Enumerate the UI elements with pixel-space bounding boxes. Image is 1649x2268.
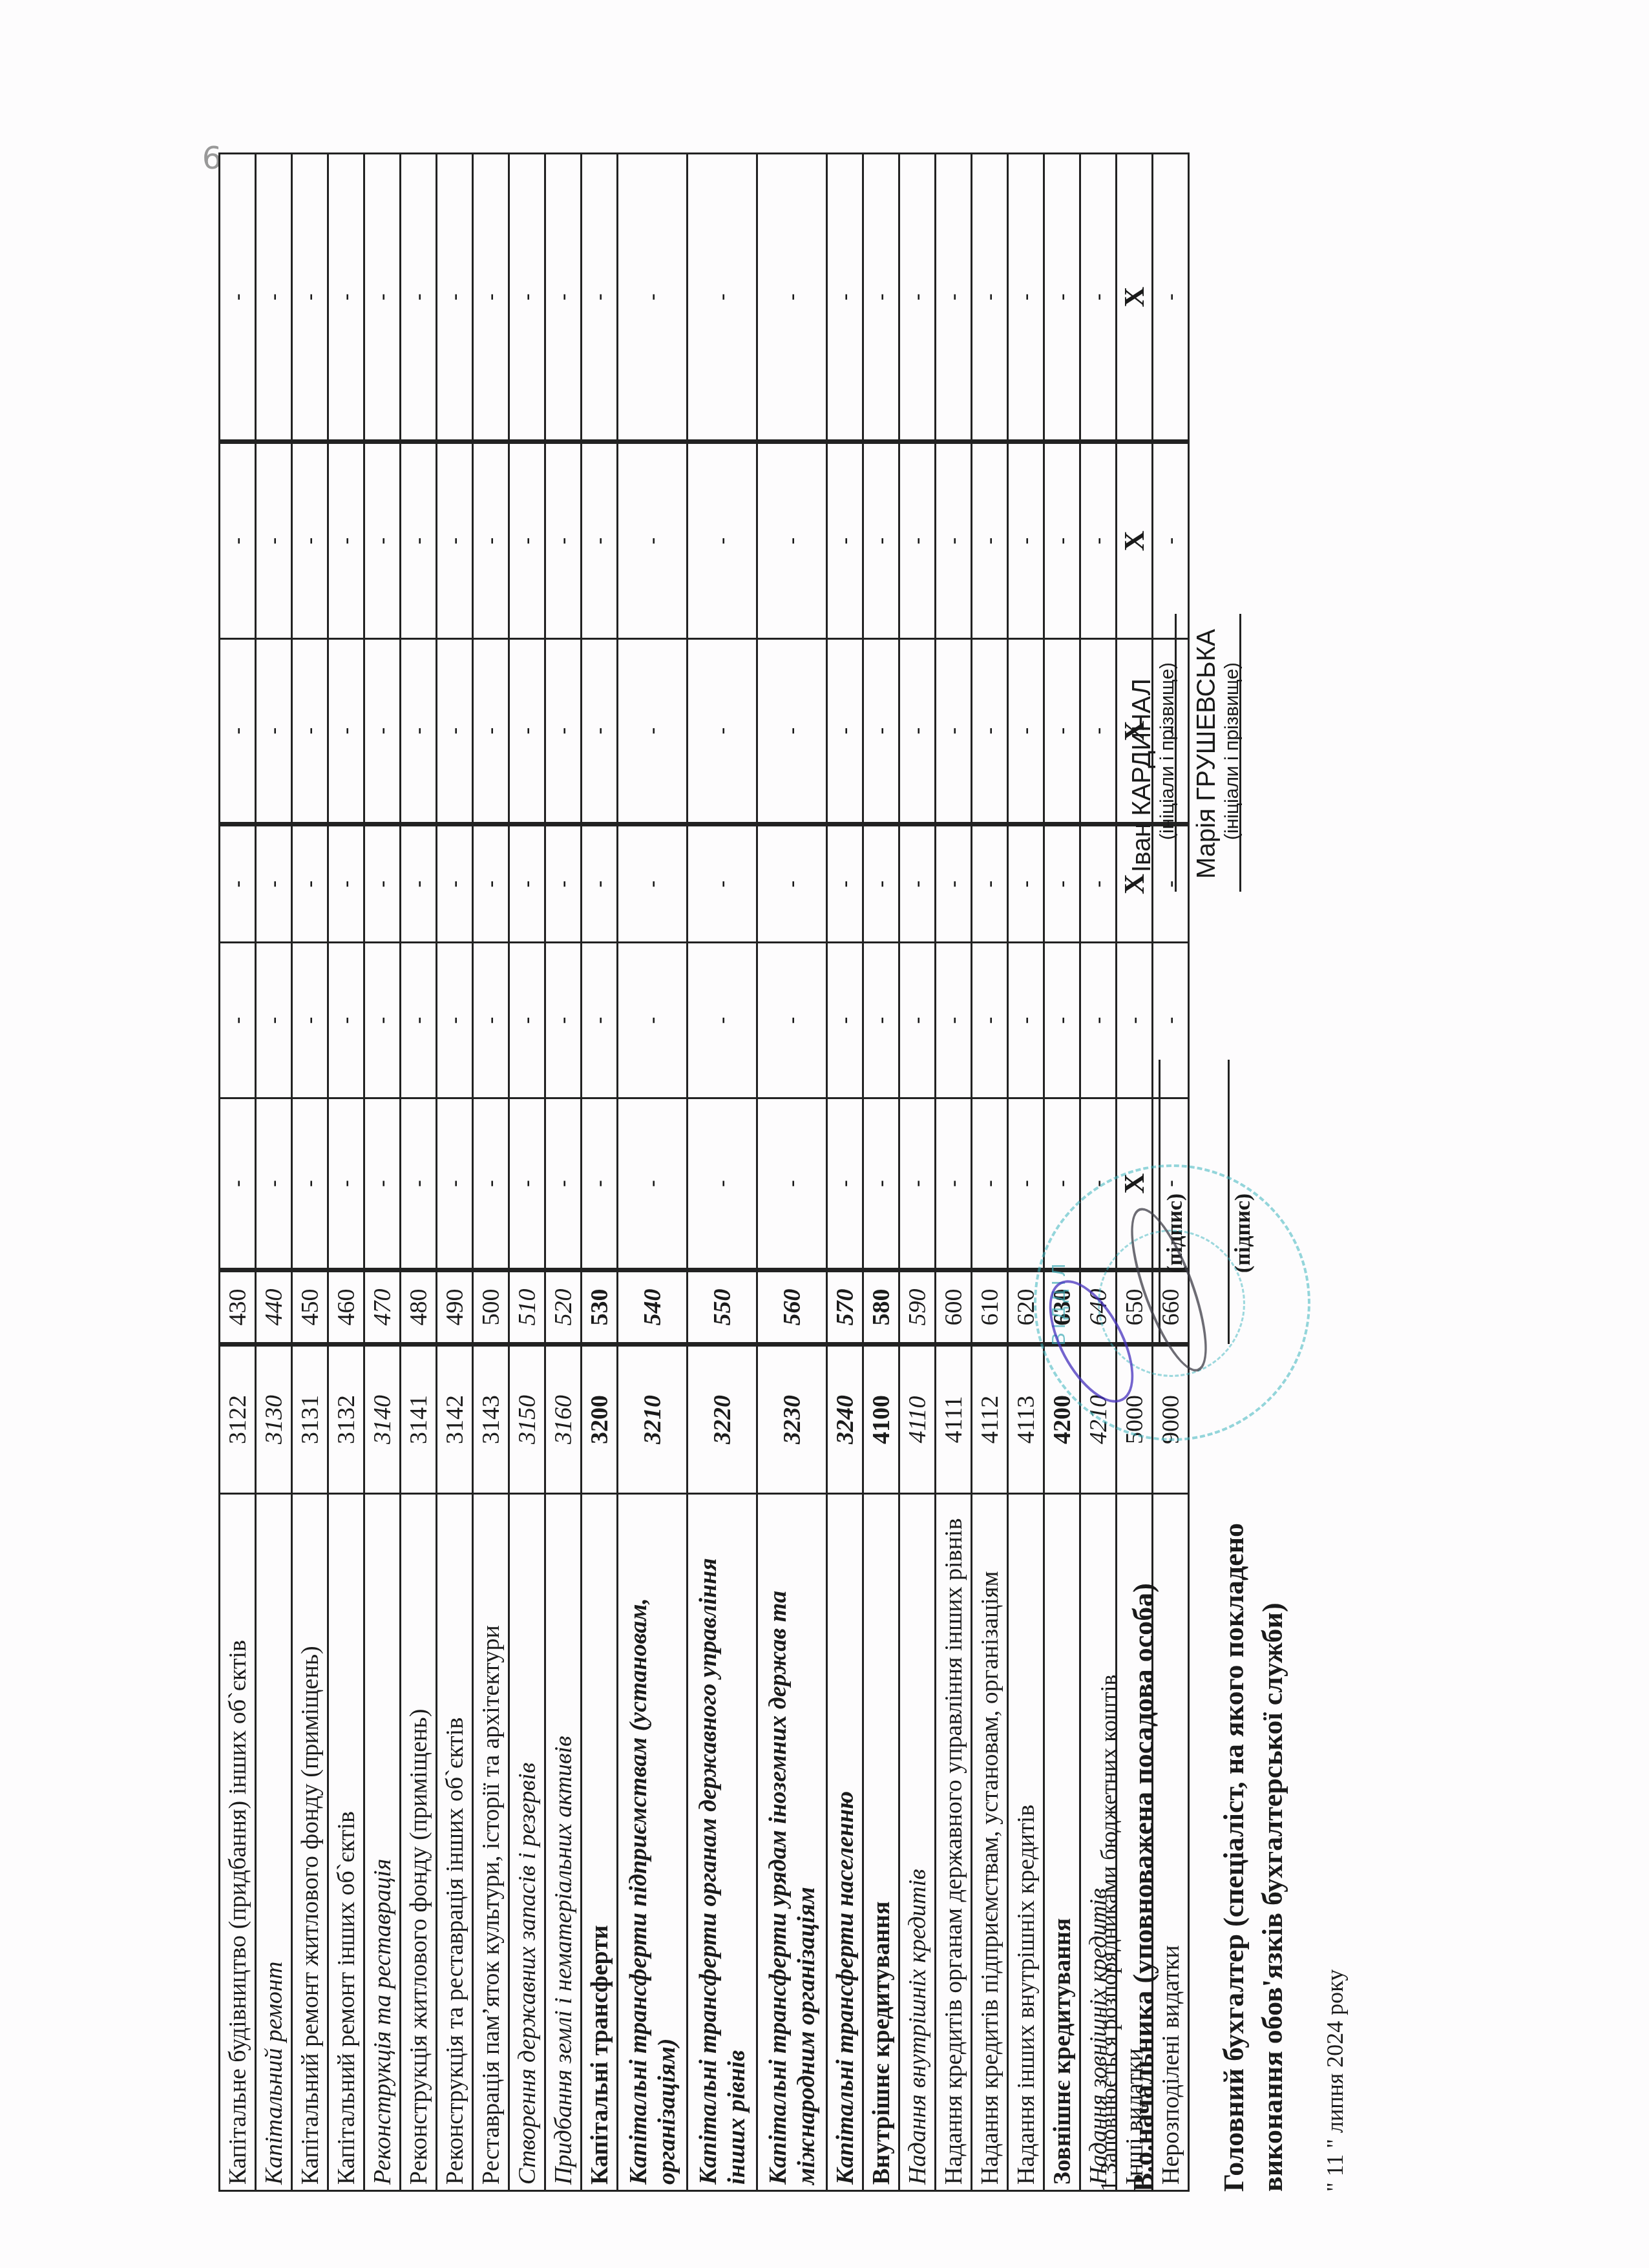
table-row: Капітальні трансферти підприємствам (уст… xyxy=(618,154,688,2191)
row-value-col-4: - xyxy=(1008,639,1044,824)
row-value-col-2: - xyxy=(1153,943,1189,1098)
row-value-col-6: - xyxy=(582,154,618,442)
row-value-col-6: - xyxy=(473,154,509,442)
row-name: Капітальні трансферти xyxy=(582,1494,618,2191)
row-line-code: 510 xyxy=(509,1270,545,1345)
row-value-col-2: - xyxy=(1044,943,1080,1098)
row-value-col-1: - xyxy=(545,1098,582,1270)
row-value-col-4: - xyxy=(256,639,292,824)
table-row: Капітальний ремонт інших об`єктів3132460… xyxy=(328,154,364,2191)
row-code: 3200 xyxy=(582,1345,618,1494)
row-value-col-6: X xyxy=(1117,154,1153,442)
row-value-col-4: - xyxy=(328,639,364,824)
row-value-col-4: - xyxy=(688,639,757,824)
row-value-col-3: - xyxy=(364,824,401,943)
table-row: Реставрація пам’яток культури, історії т… xyxy=(473,154,509,2191)
row-line-code: 480 xyxy=(401,1270,437,1345)
row-value-col-2: - xyxy=(936,943,972,1098)
row-value-col-5: - xyxy=(1153,442,1189,639)
row-name: Надання інших внутрішніх кредитів xyxy=(1008,1494,1044,2191)
row-value-col-5: - xyxy=(863,442,899,639)
row-value-col-3: - xyxy=(292,824,328,943)
head-official-title: В.о.начальника (уповноважена посадова ос… xyxy=(1124,1583,1163,2192)
row-value-col-5: - xyxy=(1080,442,1117,639)
row-value-col-1: - xyxy=(688,1098,757,1270)
row-line-code: 440 xyxy=(256,1270,292,1345)
row-name: Капітальний ремонт житлового фонду (прим… xyxy=(292,1494,328,2191)
row-value-col-4: - xyxy=(972,639,1008,824)
row-value-col-3: - xyxy=(473,824,509,943)
row-code: 3142 xyxy=(437,1345,473,1494)
row-line-code: 540 xyxy=(618,1270,688,1345)
table-row: Реконструкція житлового фонду (приміщень… xyxy=(401,154,437,2191)
row-value-col-6: - xyxy=(1153,154,1189,442)
row-value-col-3: - xyxy=(827,824,863,943)
row-value-col-2: - xyxy=(220,943,256,1098)
row-line-code: 530 xyxy=(582,1270,618,1345)
row-name: Створення державних запасів і резервів xyxy=(509,1494,545,2191)
row-value-col-5: - xyxy=(757,442,827,639)
row-value-col-2: - xyxy=(545,943,582,1098)
row-value-col-5: - xyxy=(618,442,688,639)
row-value-col-4: - xyxy=(545,639,582,824)
row-code: 3143 xyxy=(473,1345,509,1494)
row-value-col-3: - xyxy=(220,824,256,943)
row-value-col-1: - xyxy=(899,1098,936,1270)
row-code: 3130 xyxy=(256,1345,292,1494)
row-value-col-6: - xyxy=(827,154,863,442)
row-value-col-4: - xyxy=(401,639,437,824)
row-value-col-5: - xyxy=(972,442,1008,639)
row-value-col-3: - xyxy=(256,824,292,943)
table-row: Реконструкція та реставрація інших об`єк… xyxy=(437,154,473,2191)
row-code: 3141 xyxy=(401,1345,437,1494)
row-name: Зовнішнє кредитування xyxy=(1044,1494,1080,2191)
row-value-col-2: - xyxy=(364,943,401,1098)
row-value-col-4: - xyxy=(473,639,509,824)
row-value-col-3: - xyxy=(618,824,688,943)
table-row: Капітальний ремонт3130440------ xyxy=(256,154,292,2191)
row-value-col-3: - xyxy=(688,824,757,943)
row-value-col-2: - xyxy=(618,943,688,1098)
footnote: 1 Заповнюється розпорядниками бюджетних … xyxy=(1095,1675,1122,2192)
row-line-code: 500 xyxy=(473,1270,509,1345)
row-value-col-5: - xyxy=(1044,442,1080,639)
row-value-col-2: - xyxy=(292,943,328,1098)
accountant-name-label: (ініціали і прізвище) xyxy=(1221,662,1243,840)
row-value-col-6: - xyxy=(618,154,688,442)
row-line-code: 490 xyxy=(437,1270,473,1345)
row-value-col-4: - xyxy=(899,639,936,824)
row-value-col-2: - xyxy=(688,943,757,1098)
row-value-col-1: - xyxy=(401,1098,437,1270)
table-row: Створення державних запасів і резервів31… xyxy=(509,154,545,2191)
row-value-col-5: X xyxy=(1117,442,1153,639)
row-value-col-3: - xyxy=(1008,824,1044,943)
row-name: Реконструкція та реставрація xyxy=(364,1494,401,2191)
row-value-col-6: - xyxy=(1008,154,1044,442)
row-value-col-3: - xyxy=(899,824,936,943)
row-value-col-2: - xyxy=(1080,943,1117,1098)
row-line-code: 600 xyxy=(936,1270,972,1345)
table-row: Надання внутрішніх кредитів4110590------ xyxy=(899,154,936,2191)
row-value-col-4: - xyxy=(863,639,899,824)
row-value-col-4: - xyxy=(827,639,863,824)
row-value-col-6: - xyxy=(972,154,1008,442)
row-code: 3122 xyxy=(220,1345,256,1494)
row-value-col-2: - xyxy=(863,943,899,1098)
row-value-col-1: - xyxy=(509,1098,545,1270)
row-name: Капітальне будівництво (придбання) інших… xyxy=(220,1494,256,2191)
row-line-code: 470 xyxy=(364,1270,401,1345)
row-code: 3132 xyxy=(328,1345,364,1494)
row-value-col-5: - xyxy=(473,442,509,639)
row-value-col-4: - xyxy=(292,639,328,824)
row-value-col-1: - xyxy=(256,1098,292,1270)
row-value-col-5: - xyxy=(1008,442,1044,639)
table-row: Надання кредитів підприємствам, установа… xyxy=(972,154,1008,2191)
row-value-col-2: - xyxy=(401,943,437,1098)
row-line-code: 590 xyxy=(899,1270,936,1345)
row-value-col-1: - xyxy=(1008,1098,1044,1270)
row-value-col-1: - xyxy=(863,1098,899,1270)
table-row: Капітальні трансферти3200530------ xyxy=(582,154,618,2191)
row-value-col-6: - xyxy=(220,154,256,442)
table-row: Капітальні трансферти населенню3240570--… xyxy=(827,154,863,2191)
row-value-col-2: - xyxy=(972,943,1008,1098)
row-value-col-1: - xyxy=(473,1098,509,1270)
row-value-col-3: - xyxy=(1044,824,1080,943)
report-date: " 11 " липня 2024 року xyxy=(1321,1969,1349,2192)
row-line-code: 580 xyxy=(863,1270,899,1345)
row-value-col-1: - xyxy=(582,1098,618,1270)
row-line-code: 570 xyxy=(827,1270,863,1345)
row-value-col-6: - xyxy=(899,154,936,442)
row-value-col-4: - xyxy=(220,639,256,824)
row-value-col-6: - xyxy=(401,154,437,442)
row-code: 3240 xyxy=(827,1345,863,1494)
row-value-col-5: - xyxy=(328,442,364,639)
row-value-col-6: - xyxy=(509,154,545,442)
row-value-col-2: - xyxy=(437,943,473,1098)
row-value-col-3: - xyxy=(545,824,582,943)
row-name: Реконструкція житлового фонду (приміщень… xyxy=(401,1494,437,2191)
row-value-col-1: - xyxy=(827,1098,863,1270)
row-value-col-1: - xyxy=(364,1098,401,1270)
row-value-col-4: - xyxy=(364,639,401,824)
row-name: Реставрація пам’яток культури, історії т… xyxy=(473,1494,509,2191)
table-row: Надання інших внутрішніх кредитів4113620… xyxy=(1008,154,1044,2191)
row-value-col-6: - xyxy=(437,154,473,442)
row-code: 3220 xyxy=(688,1345,757,1494)
table-row: Капітальне будівництво (придбання) інших… xyxy=(220,154,256,2191)
row-value-col-6: - xyxy=(364,154,401,442)
row-value-col-3: - xyxy=(328,824,364,943)
row-value-col-6: - xyxy=(256,154,292,442)
row-value-col-3: - xyxy=(863,824,899,943)
row-code: 3160 xyxy=(545,1345,582,1494)
row-value-col-3: - xyxy=(509,824,545,943)
head-official-name: Іван КАРДИНАЛ xyxy=(1128,678,1157,872)
table-row: Придбання землі і нематеріальних активів… xyxy=(545,154,582,2191)
row-value-col-2: - xyxy=(582,943,618,1098)
row-value-col-2: - xyxy=(827,943,863,1098)
row-value-col-3: - xyxy=(437,824,473,943)
row-value-col-3: - xyxy=(582,824,618,943)
document-page: 6 Капітальне будівництво (придбання) інш… xyxy=(0,0,1649,2268)
row-value-col-6: - xyxy=(863,154,899,442)
row-line-code: 520 xyxy=(545,1270,582,1345)
row-value-col-4: - xyxy=(1044,639,1080,824)
row-name: Придбання землі і нематеріальних активів xyxy=(545,1494,582,2191)
row-value-col-4: - xyxy=(437,639,473,824)
row-value-col-1: - xyxy=(757,1098,827,1270)
row-value-col-5: - xyxy=(827,442,863,639)
row-value-col-2: - xyxy=(256,943,292,1098)
row-name: Капітальні трансферти населенню xyxy=(827,1494,863,2191)
row-value-col-6: - xyxy=(292,154,328,442)
chief-accountant-name: Марія ГРУШЕВСЬКА xyxy=(1192,629,1221,879)
row-value-col-5: - xyxy=(437,442,473,639)
row-name: Надання кредитів підприємствам, установа… xyxy=(972,1494,1008,2191)
row-name: Надання кредитів органам державного упра… xyxy=(936,1494,972,2191)
row-code: 4110 xyxy=(899,1345,936,1494)
row-value-col-2: - xyxy=(1117,943,1153,1098)
row-code: 3230 xyxy=(757,1345,827,1494)
row-line-code: 610 xyxy=(972,1270,1008,1345)
row-line-code: 560 xyxy=(757,1270,827,1345)
table-row: Надання кредитів органам державного упра… xyxy=(936,154,972,2191)
table-row: Внутрішнє кредитування4100580------ xyxy=(863,154,899,2191)
row-value-col-1: - xyxy=(220,1098,256,1270)
row-name: Внутрішнє кредитування xyxy=(863,1494,899,2191)
row-value-col-4: - xyxy=(936,639,972,824)
row-value-col-5: - xyxy=(401,442,437,639)
row-value-col-5: - xyxy=(582,442,618,639)
row-value-col-2: - xyxy=(899,943,936,1098)
row-line-code: 430 xyxy=(220,1270,256,1345)
row-value-col-5: - xyxy=(364,442,401,639)
row-value-col-3: - xyxy=(972,824,1008,943)
row-value-col-4: - xyxy=(509,639,545,824)
row-code: 4111 xyxy=(936,1345,972,1494)
row-value-col-4: - xyxy=(757,639,827,824)
row-value-col-1: - xyxy=(618,1098,688,1270)
row-code: 3131 xyxy=(292,1345,328,1494)
row-code: 4113 xyxy=(1008,1345,1044,1494)
row-value-col-5: - xyxy=(509,442,545,639)
row-code: 3150 xyxy=(509,1345,545,1494)
row-value-col-3: - xyxy=(936,824,972,943)
row-line-code: 460 xyxy=(328,1270,364,1345)
row-code: 3210 xyxy=(618,1345,688,1494)
row-name: Капітальний ремонт xyxy=(256,1494,292,2191)
row-value-col-5: - xyxy=(220,442,256,639)
row-value-col-1: - xyxy=(328,1098,364,1270)
table-row: Капітальний ремонт житлового фонду (прим… xyxy=(292,154,328,2191)
row-value-col-6: - xyxy=(545,154,582,442)
row-value-col-5: - xyxy=(899,442,936,639)
row-code: 3140 xyxy=(364,1345,401,1494)
row-code: 4100 xyxy=(863,1345,899,1494)
row-name: Надання внутрішніх кредитів xyxy=(899,1494,936,2191)
row-value-col-3: - xyxy=(1153,824,1189,943)
row-name: Капітальні трансферти урядам іноземних д… xyxy=(757,1494,827,2191)
row-value-col-3: - xyxy=(401,824,437,943)
row-value-col-6: - xyxy=(936,154,972,442)
row-value-col-6: - xyxy=(328,154,364,442)
row-value-col-4: - xyxy=(1080,639,1117,824)
row-name: Капітальні трансферти органам державного… xyxy=(688,1494,757,2191)
row-value-col-2: - xyxy=(1008,943,1044,1098)
row-line-code: 550 xyxy=(688,1270,757,1345)
row-value-col-5: - xyxy=(936,442,972,639)
table-row: Капітальні трансферти органам державного… xyxy=(688,154,757,2191)
row-value-col-6: - xyxy=(757,154,827,442)
row-line-code: 450 xyxy=(292,1270,328,1345)
row-name: Капітальні трансферти підприємствам (уст… xyxy=(618,1494,688,2191)
row-value-col-3: - xyxy=(757,824,827,943)
row-value-col-6: - xyxy=(1044,154,1080,442)
row-name: Реконструкція та реставрація інших об`єк… xyxy=(437,1494,473,2191)
row-name: Капітальний ремонт інших об`єктів xyxy=(328,1494,364,2191)
chief-accountant-title: Головний бухгалтер (спеціаліст, на якого… xyxy=(1215,1507,1292,2192)
row-value-col-6: - xyxy=(688,154,757,442)
row-value-col-5: - xyxy=(688,442,757,639)
row-value-col-5: - xyxy=(545,442,582,639)
row-value-col-2: - xyxy=(328,943,364,1098)
row-value-col-2: - xyxy=(473,943,509,1098)
row-value-col-2: - xyxy=(757,943,827,1098)
head-name-label: (ініціали і прізвище) xyxy=(1157,662,1179,840)
expenditure-table: Капітальне будівництво (придбання) інших… xyxy=(218,152,1190,2192)
row-code: 4112 xyxy=(972,1345,1008,1494)
row-value-col-2: - xyxy=(509,943,545,1098)
row-value-col-1: - xyxy=(972,1098,1008,1270)
row-value-col-4: - xyxy=(618,639,688,824)
row-value-col-4: - xyxy=(582,639,618,824)
row-value-col-5: - xyxy=(292,442,328,639)
row-value-col-1: - xyxy=(936,1098,972,1270)
row-value-col-3: - xyxy=(1080,824,1117,943)
row-value-col-5: - xyxy=(256,442,292,639)
table-row: Капітальні трансферти урядам іноземних д… xyxy=(757,154,827,2191)
table-row: Реконструкція та реставрація3140470-----… xyxy=(364,154,401,2191)
row-value-col-1: - xyxy=(292,1098,328,1270)
row-value-col-6: - xyxy=(1080,154,1117,442)
row-value-col-1: - xyxy=(437,1098,473,1270)
